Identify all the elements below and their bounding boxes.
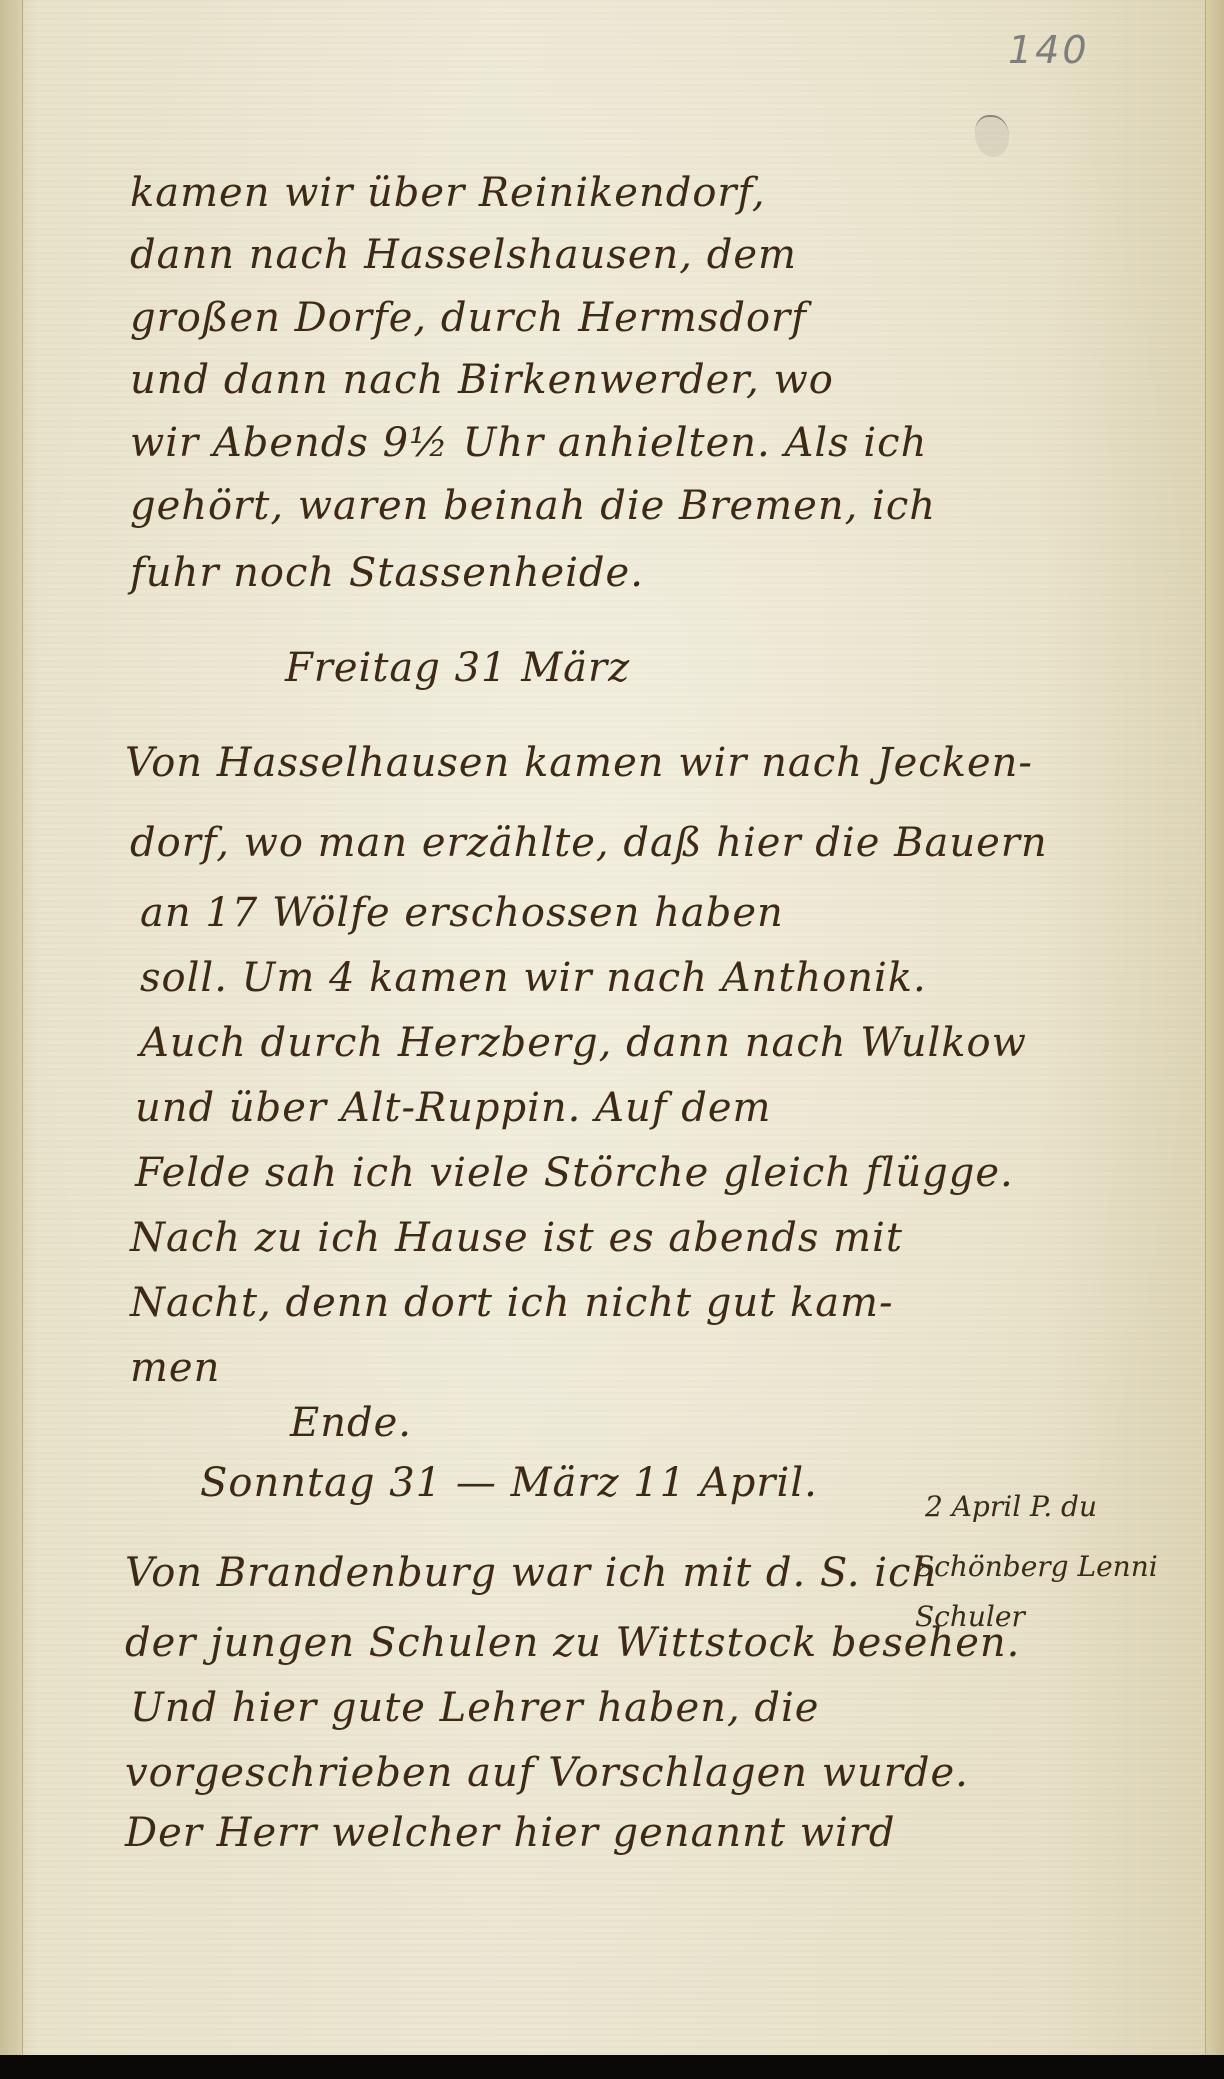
text-line: dann nach Hasselshausen, dem bbox=[130, 232, 797, 278]
margin-note-line: Schuler bbox=[915, 1600, 1025, 1633]
text-line: Der Herr welcher hier genannt wird bbox=[125, 1810, 895, 1856]
text-line: Von Brandenburg war ich mit d. S. ich bbox=[125, 1550, 938, 1596]
manuscript-page: 140 kamen wir über Reinikendorf, dann na… bbox=[0, 0, 1224, 2060]
text-line: Nacht, denn dort ich nicht gut kam- bbox=[130, 1280, 894, 1326]
text-line: Und hier gute Lehrer haben, die bbox=[130, 1685, 819, 1731]
text-line: und dann nach Birkenwerder, wo bbox=[130, 357, 834, 403]
entry-date-heading: Sonntag 31 — März 11 April. bbox=[200, 1460, 818, 1506]
text-line: men bbox=[130, 1345, 220, 1391]
text-line: wir Abends 9½ Uhr anhielten. Als ich bbox=[130, 420, 927, 466]
text-line: und über Alt-Ruppin. Auf dem bbox=[135, 1085, 771, 1131]
section-end-mark: Ende. bbox=[290, 1400, 412, 1446]
margin-note-line: 2 April P. du bbox=[925, 1490, 1097, 1523]
text-line: gehört, waren beinah die Bremen, ich bbox=[130, 483, 936, 529]
text-line: großen Dorfe, durch Hermsdorf bbox=[130, 295, 807, 341]
text-line: kamen wir über Reinikendorf, bbox=[130, 170, 766, 216]
text-line: Felde sah ich viele Störche gleich flügg… bbox=[135, 1150, 1014, 1196]
text-line: fuhr noch Stassenheide. bbox=[130, 550, 644, 596]
text-line: Von Hasselhausen kamen wir nach Jecken- bbox=[125, 740, 1033, 786]
margin-note-line: Schönberg Lenni bbox=[915, 1550, 1158, 1583]
text-line: vorgeschrieben auf Vorschlagen wurde. bbox=[125, 1750, 969, 1796]
page-edge bbox=[1205, 0, 1224, 2060]
text-line: der jungen Schulen zu Wittstock besehen. bbox=[125, 1620, 1020, 1666]
paper-blemish bbox=[975, 115, 1009, 157]
text-line: Auch durch Herzberg, dann nach Wulkow bbox=[140, 1020, 1027, 1066]
text-line: dorf, wo man erzählte, daß hier die Baue… bbox=[130, 820, 1048, 866]
binding-gutter bbox=[0, 0, 23, 2060]
text-line: an 17 Wölfe erschossen haben bbox=[140, 890, 784, 936]
folio-number: 140 bbox=[1008, 28, 1090, 72]
scan-background bbox=[0, 2055, 1224, 2079]
entry-date-heading: Freitag 31 März bbox=[285, 645, 630, 691]
text-line: soll. Um 4 kamen wir nach Anthonik. bbox=[140, 955, 927, 1001]
text-line: Nach zu ich Hause ist es abends mit bbox=[130, 1215, 903, 1261]
